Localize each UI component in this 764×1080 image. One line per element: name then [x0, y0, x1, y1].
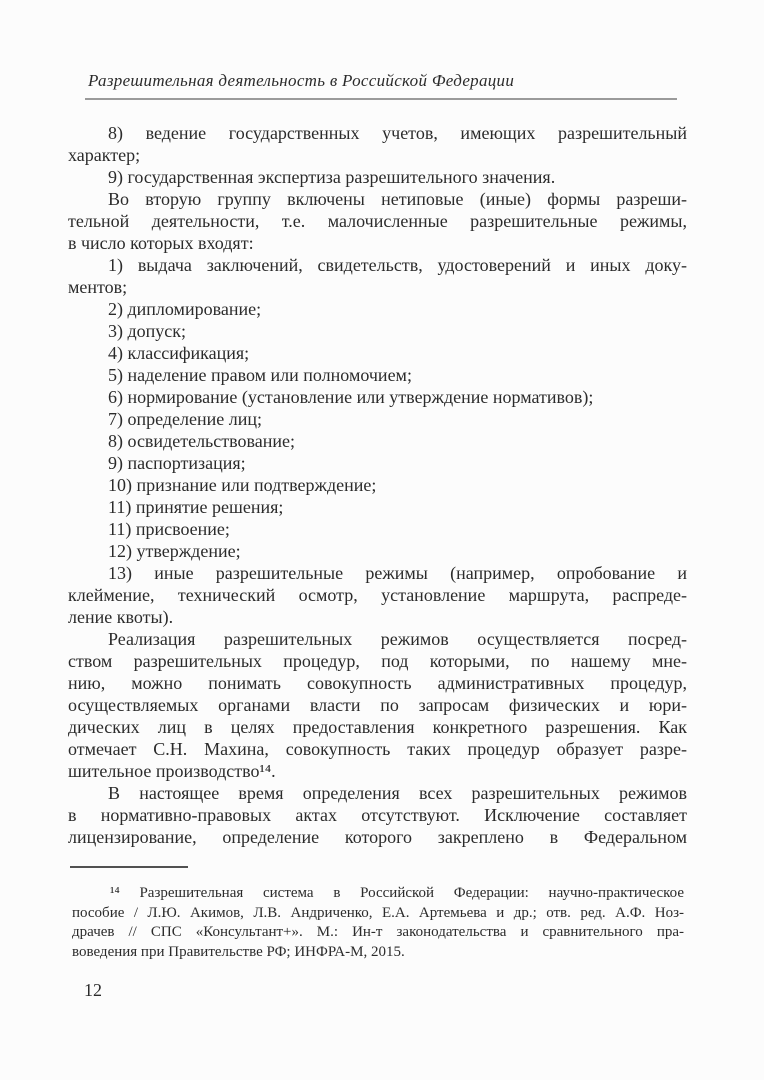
body-line: 3) допуск; [68, 320, 687, 342]
body-line: отмечает С.Н. Махина, совокупность таких… [68, 738, 687, 760]
body-line: осуществляемых органами власти по запрос… [68, 694, 687, 716]
body-line: Во вторую группу включены нетиповые (ины… [68, 188, 687, 210]
body-line: 13) иные разрешительные режимы (например… [68, 562, 687, 584]
body-line: 5) наделение правом или полномочием; [68, 364, 687, 386]
body-line: 8) ведение государственных учетов, имеющ… [68, 122, 687, 144]
book-page: Разрешительная деятельность в Российской… [0, 0, 764, 1080]
body-line: ментов; [68, 276, 687, 298]
body-line: 4) классификация; [68, 342, 687, 364]
body-line: 9) государственная экспертиза разрешител… [68, 166, 687, 188]
body-line: Реализация разрешительных режимов осущес… [68, 628, 687, 650]
body-line: лицензирование, определение которого зак… [68, 826, 687, 848]
body-line: дических лиц в целях предоставления конк… [68, 716, 687, 738]
body-line: ством разрешительных процедур, под котор… [68, 650, 687, 672]
body-line: в нормативно-правовых актах отсутствуют.… [68, 804, 687, 826]
body-line: 2) дипломирование; [68, 298, 687, 320]
page-number: 12 [84, 980, 102, 1001]
footnote: ¹⁴ Разрешительная система в Российской Ф… [72, 884, 684, 962]
body-line: В настоящее время определения всех разре… [68, 782, 687, 804]
body-line: нию, можно понимать совокупность админис… [68, 672, 687, 694]
header-rule [85, 98, 677, 100]
body-line: 7) определение лиц; [68, 408, 687, 430]
footnote-line: пособие / Л.Ю. Акимов, Л.В. Андриченко, … [72, 904, 684, 924]
body-line: шительное производство¹⁴. [68, 760, 687, 782]
body-line: 1) выдача заключений, свидетельств, удос… [68, 254, 687, 276]
body-text: 8) ведение государственных учетов, имеющ… [68, 122, 687, 848]
body-line: 10) признание или подтверждение; [68, 474, 687, 496]
footnote-line: драчев // СПС «Консультант+». М.: Ин-т з… [72, 923, 684, 943]
footnote-line: воведения при Правительстве РФ; ИНФРА-М,… [72, 943, 684, 963]
body-line: 11) присвоение; [68, 518, 687, 540]
body-line: 8) освидетельствование; [68, 430, 687, 452]
body-line: 9) паспортизация; [68, 452, 687, 474]
body-line: клеймение, технический осмотр, установле… [68, 584, 687, 606]
body-line: в число которых входят: [68, 232, 687, 254]
body-line: 12) утверждение; [68, 540, 687, 562]
footnote-separator [70, 866, 188, 868]
body-line: ление квоты). [68, 606, 687, 628]
running-header: Разрешительная деятельность в Российской… [88, 71, 514, 91]
body-line: характер; [68, 144, 687, 166]
body-line: тельной деятельности, т.е. малочисленные… [68, 210, 687, 232]
body-line: 11) принятие решения; [68, 496, 687, 518]
footnote-line: ¹⁴ Разрешительная система в Российской Ф… [72, 884, 684, 904]
body-line: 6) нормирование (установление или утверж… [68, 386, 687, 408]
